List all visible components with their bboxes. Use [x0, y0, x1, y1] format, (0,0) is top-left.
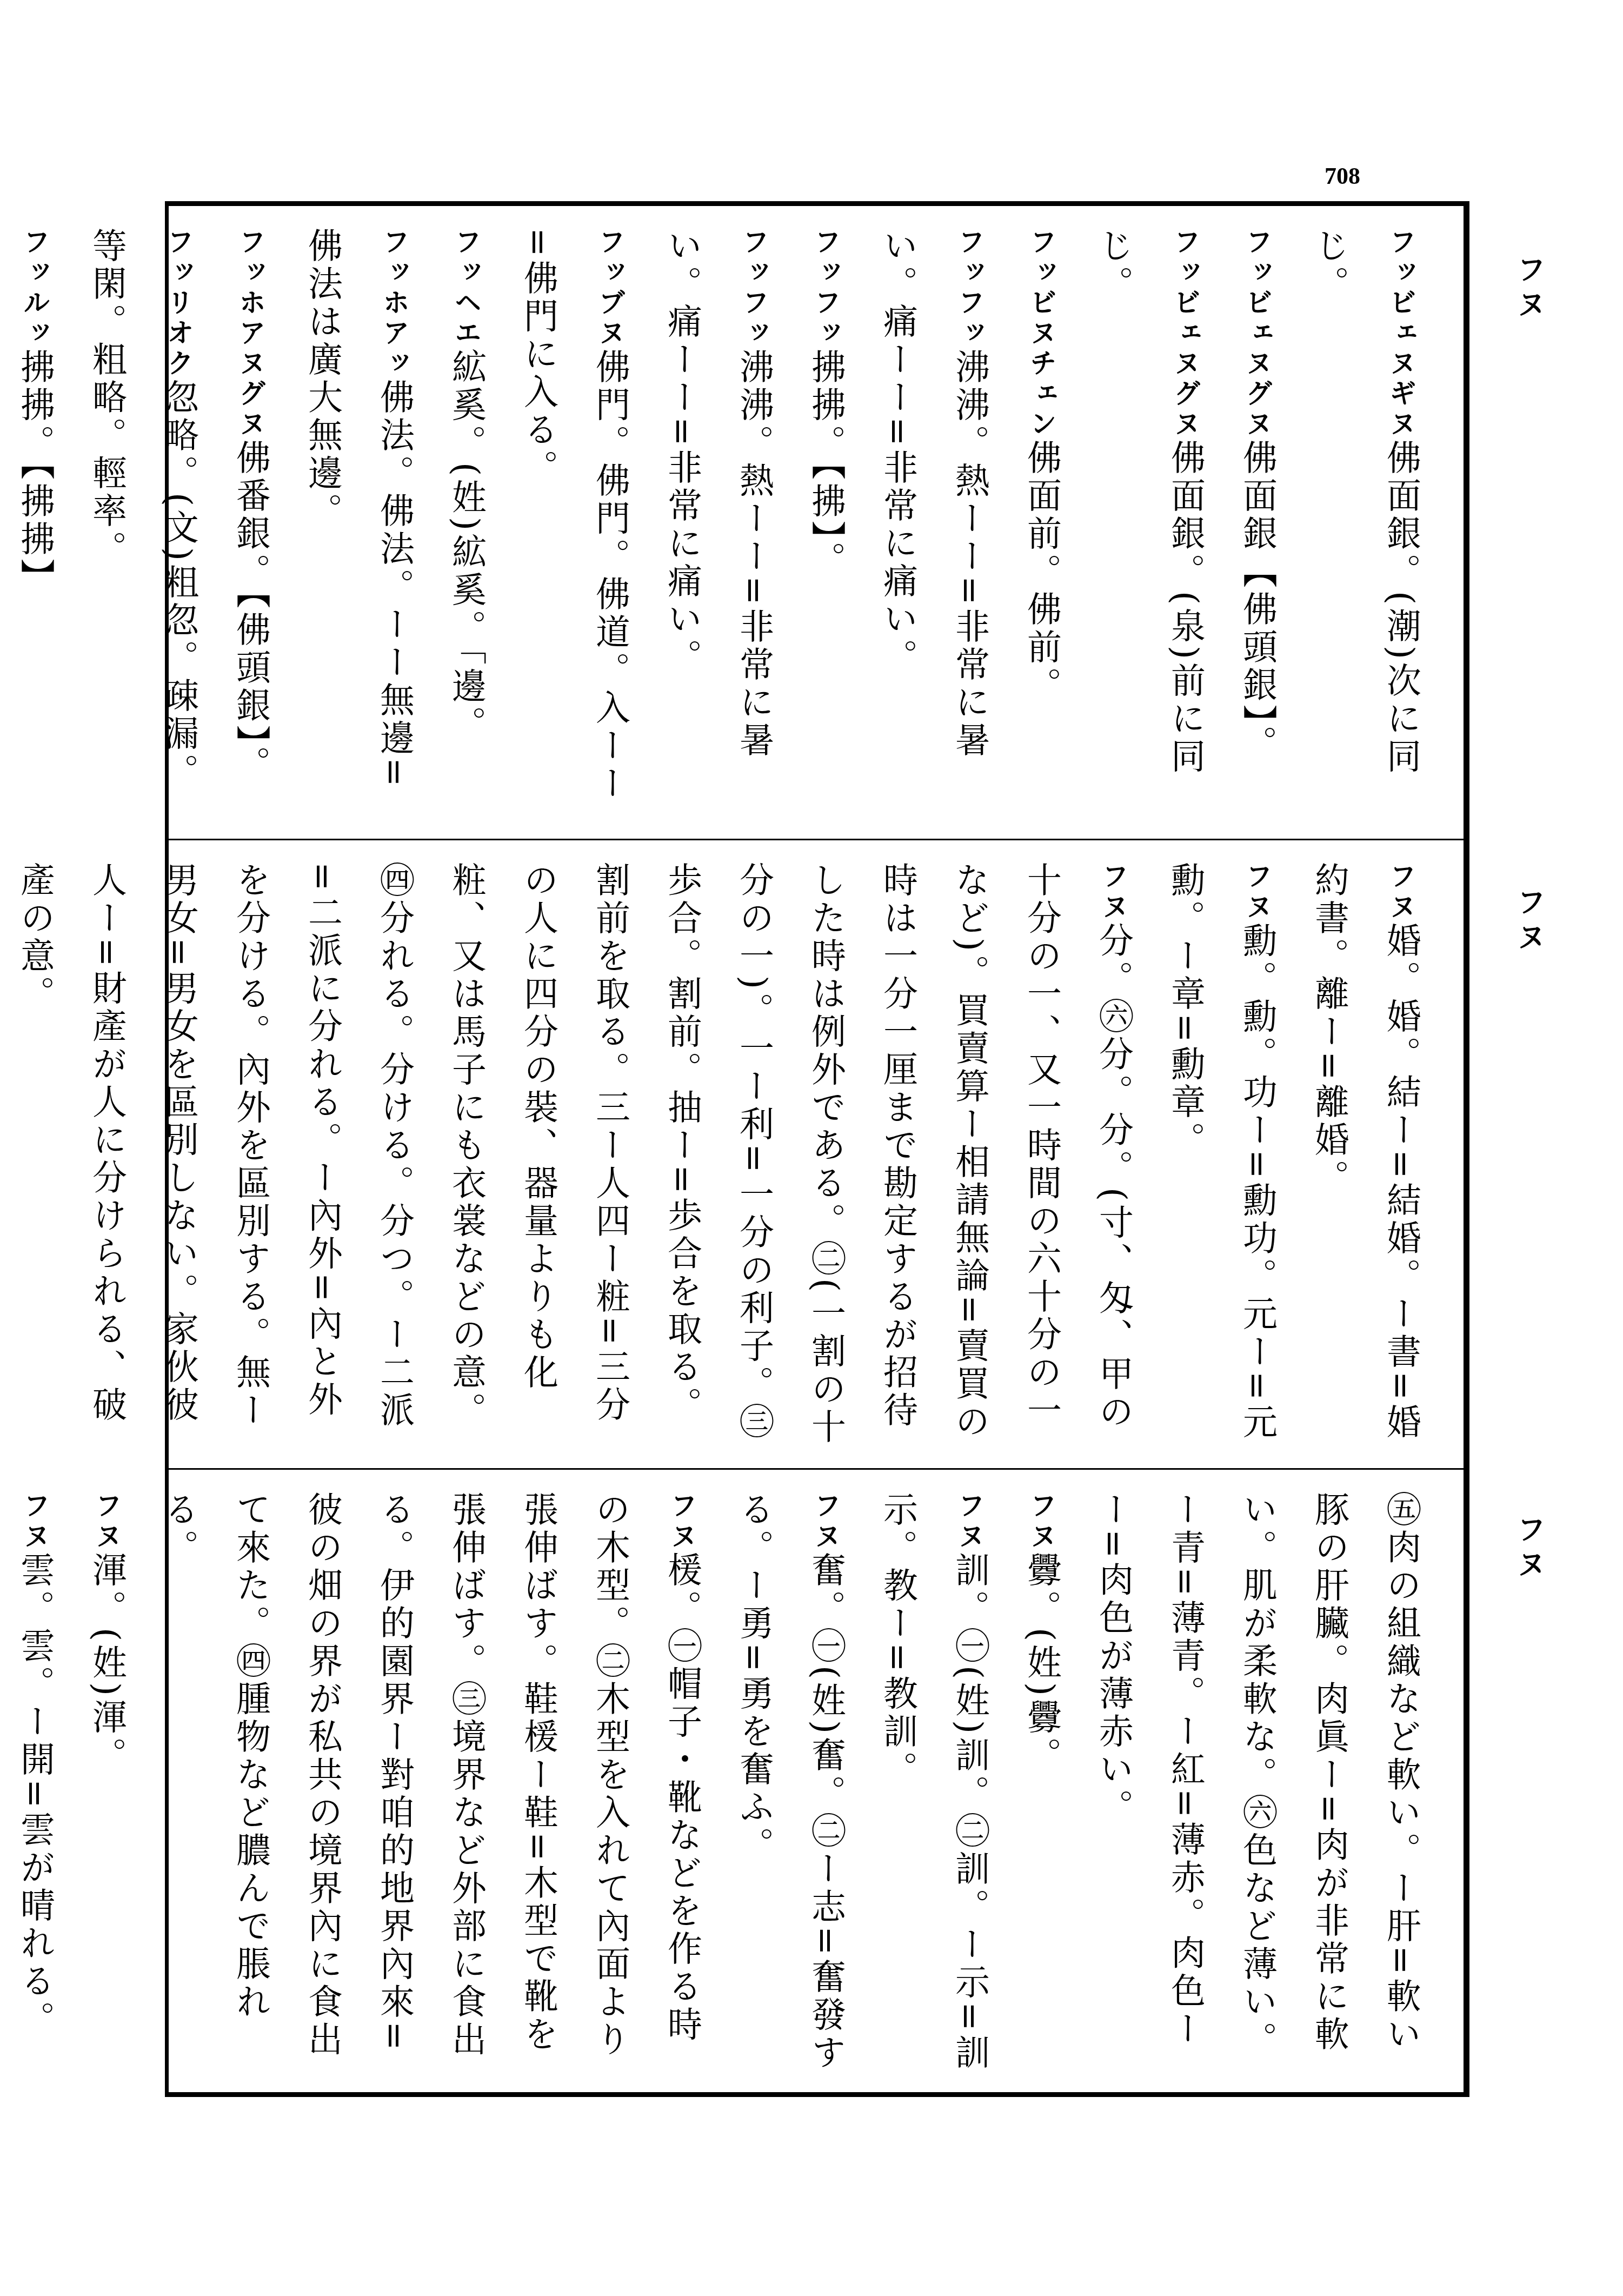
- entry-reading: フヌ: [1385, 862, 1416, 923]
- side-index-bottom: フヌ: [1508, 1514, 1550, 1583]
- entry-reading: フッフッ: [810, 228, 841, 349]
- entry: フヌ分。㊅分。分。(寸、匁、甲の十分の一、又一時間の六十分の一など)。買賣算ー相…: [430, 862, 1149, 1452]
- entry: フヌ雲。雲。ー開=雲が晴れる。騰ー駕霧=雲に騰り霧に駕す。: [0, 1491, 70, 2076]
- entry-reading: フヌ: [666, 1491, 697, 1552]
- entry: フヌ釁。(姓)釁。: [1005, 1491, 1077, 2076]
- entry: ㊄肉の組織など軟い。ー肝=軟い豚の肝臟。肉眞ー=肉が非常に軟い。肌が柔軟な。㊅色…: [1077, 1491, 1436, 2076]
- entry-reading: フッビヌチェン: [1026, 228, 1057, 440]
- entry-text: 楥。㊀帽子・靴などを作る時の木型。㊁木型を入れて內面より張伸ばす。鞋楥ー鞋=木型…: [158, 1491, 702, 2059]
- side-index-top: フヌ: [1508, 254, 1550, 323]
- entry-text: 佛番銀。【佛頭銀】。: [230, 440, 270, 784]
- page-number: 708: [1325, 162, 1360, 190]
- entry-text: 絋奚。(姓)絋奚。「邊。: [446, 349, 486, 744]
- entry-reading: フッブヌ: [594, 228, 626, 349]
- entry: フヌ楥。㊀帽子・靴などを作る時の木型。㊁木型を入れて內面より張伸ばす。鞋楥ー鞋=…: [142, 1491, 717, 2076]
- entry-text: 釁。(姓)釁。: [1021, 1552, 1061, 1775]
- entry: フッフッ沸沸。熱ーー=非常に暑い。痛ーー=非常に痛い。: [861, 228, 1005, 822]
- entry: フヌ渾。(姓)渾。: [70, 1491, 142, 2076]
- entry-text: 佛面銀【佛頭銀】。: [1237, 440, 1277, 763]
- band-top: フッビェヌギヌ佛面銀。(潮)次に同じ。 フッビェヌグヌ佛面銀【佛頭銀】。 フッビ…: [169, 206, 1464, 839]
- entry-text: 拂拂。【拂拂】: [15, 349, 55, 596]
- entry-text: 分。㊅分。分。(寸、匁、甲の十分の一、又一時間の六十分の一など)。買賣算ー相請無…: [446, 862, 1133, 1446]
- entry-reading: フッフッ: [954, 228, 985, 349]
- entry: フヌ奮。㊀(姓)奮。㊁ー志=奮發する。ー勇=勇を奮ふ。: [717, 1491, 861, 2076]
- entry-reading: フッルッ: [19, 228, 50, 349]
- entry: フッフッ拂拂。【拂】。: [789, 228, 861, 822]
- entry: フッヘエ絋奚。(姓)絋奚。「邊。: [430, 228, 502, 822]
- entry-text: 婚。婚。結ー=結婚。ー書=婚約書。離ー=離婚。: [1309, 862, 1421, 1441]
- entry-text: 渾。(姓)渾。: [87, 1552, 127, 1775]
- entry-reading: フッヘエ: [450, 228, 482, 349]
- entry: フヌ勳。勳。功ー=勳功。元ー=元勳。ー章=勳章。: [1149, 862, 1293, 1452]
- entry-reading: フッビェヌグヌ: [1169, 228, 1201, 440]
- band-middle: フヌ婚。婚。結ー=結婚。ー書=婚約書。離ー=離婚。 フヌ勳。勳。功ー=勳功。元ー…: [169, 839, 1464, 1468]
- entry: フッビヌチェン佛面前。佛前。: [1005, 228, 1077, 822]
- entry-reading: フヌ: [1097, 862, 1129, 923]
- entry-reading: フヌ: [19, 1491, 50, 1552]
- entry: フッブヌ佛門。佛門。佛道。入ーー=佛門に入る。: [502, 228, 646, 822]
- entry-reading: フッフッ: [738, 228, 769, 349]
- entry-text: ㊄肉の組織など軟い。ー肝=軟い豚の肝臟。肉眞ー=肉が非常に軟い。肌が柔軟な。㊅色…: [1093, 1491, 1421, 2059]
- side-index-middle: フヌ: [1508, 887, 1550, 956]
- entry-reading: フヌ: [91, 1491, 122, 1552]
- entry: フッホアッ佛法。佛法。ーー無邊=佛法は廣大無邊。: [286, 228, 430, 822]
- entry-text: 勳。勳。功ー=勳功。元ー=元勳。ー章=勳章。: [1165, 862, 1277, 1441]
- entry: フッビェヌグヌ佛面銀。(泉)前に同じ。: [1077, 228, 1221, 822]
- column-container: ㊄肉の組織など軟い。ー肝=軟い豚の肝臟。肉眞ー=肉が非常に軟い。肌が柔軟な。㊅色…: [190, 1491, 1436, 2076]
- entry-text: 佛面前。佛前。: [1021, 440, 1061, 705]
- entry: ㊃分れる。分ける。分つ。ー二派=二派に分れる。ー內外=內と外を分ける。內外を區別…: [0, 862, 430, 1452]
- entry-text: ㊃分れる。分ける。分つ。ー二派=二派に分れる。ー內外=內と外を分ける。內外を區別…: [15, 862, 414, 1430]
- entry: フッリオク忽略。(文)粗忽。疎漏。等閑。粗略。輕率。: [70, 228, 214, 822]
- entry-text: 雲。雲。ー開=雲が晴れる。騰ー駕霧=雲に騰り霧に駕す。: [0, 1491, 55, 2039]
- entry-text: 拂拂。【拂】。: [806, 349, 846, 579]
- entry: フッビェヌギヌ佛面銀。(潮)次に同じ。: [1293, 228, 1436, 822]
- entry: フッルッ拂拂。【拂拂】: [0, 228, 70, 822]
- entry-reading: フッリオク: [163, 228, 194, 379]
- entry-reading: フヌ: [1241, 862, 1273, 923]
- entry: フッホアヌグヌ佛番銀。【佛頭銀】。: [214, 228, 286, 822]
- entry-reading: フッホアッ: [378, 228, 410, 379]
- entry-reading: フヌ: [1026, 1491, 1057, 1552]
- column-container: フッビェヌギヌ佛面銀。(潮)次に同じ。 フッビェヌグヌ佛面銀【佛頭銀】。 フッビ…: [190, 228, 1436, 822]
- entry-reading: フッビェヌグヌ: [1241, 228, 1273, 440]
- entry-text: 奮。㊀(姓)奮。㊁ー志=奮發する。ー勇=勇を奮ふ。: [734, 1491, 846, 2072]
- column-container: フヌ婚。婚。結ー=結婚。ー書=婚約書。離ー=離婚。 フヌ勳。勳。功ー=勳功。元ー…: [190, 862, 1436, 1452]
- band-bottom: ㊄肉の組織など軟い。ー肝=軟い豚の肝臟。肉眞ー=肉が非常に軟い。肌が柔軟な。㊅色…: [169, 1468, 1464, 2092]
- entry-text: 訓。㊀(姓)訓。㊁訓。ー示=訓示。教ー=教訓。: [877, 1491, 989, 2072]
- entry: フヌ訓。㊀(姓)訓。㊁訓。ー示=訓示。教ー=教訓。: [861, 1491, 1005, 2076]
- entry-reading: フッビェヌギヌ: [1385, 228, 1416, 440]
- entry-reading: フヌ: [810, 1491, 841, 1552]
- entry: フッフッ沸沸。熱ーー=非常に暑い。痛ーー=非常に痛い。: [646, 228, 789, 822]
- entry: フヌ婚。婚。結ー=結婚。ー書=婚約書。離ー=離婚。: [1293, 862, 1436, 1452]
- dictionary-frame: フッビェヌギヌ佛面銀。(潮)次に同じ。 フッビェヌグヌ佛面銀【佛頭銀】。 フッビ…: [165, 201, 1469, 2097]
- entry-reading: フッホアヌグヌ: [235, 228, 266, 440]
- entry: フッビェヌグヌ佛面銀【佛頭銀】。: [1221, 228, 1293, 822]
- entry-reading: フヌ: [954, 1491, 985, 1552]
